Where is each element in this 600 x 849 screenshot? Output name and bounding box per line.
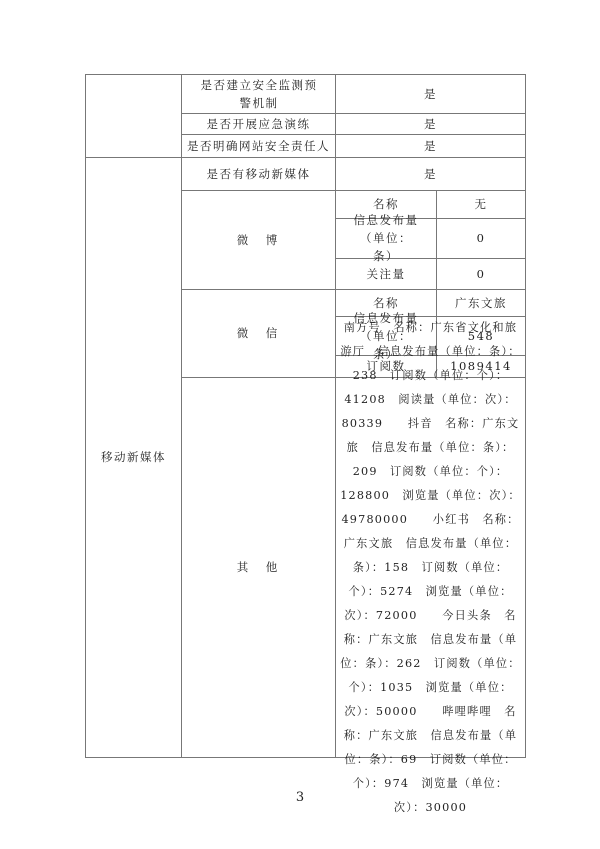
row-value-drill: 是 (336, 113, 525, 134)
row-value-monitoring: 是 (336, 74, 525, 113)
section-label-mobile-media: 移动新媒体 (86, 157, 181, 757)
weixin-label: 微 信 (182, 289, 335, 377)
row-value-responsible: 是 (336, 134, 525, 157)
other-media-label: 其 他 (182, 377, 335, 757)
row-value-has-mobile: 是 (336, 157, 525, 190)
table-border-right (525, 74, 526, 758)
weibo-followers-value: 0 (437, 258, 525, 289)
weixin-name-value: 广东文旅 (437, 289, 525, 316)
weibo-posts-value: 0 (437, 218, 525, 258)
weibo-posts-label: 信息发布量（单位：条） (350, 218, 422, 258)
page-number: 3 (0, 790, 600, 805)
row-label-monitoring: 是否建立安全监测预警机制 (200, 74, 318, 113)
row-label-has-mobile: 是否有移动新媒体 (182, 157, 335, 190)
weibo-name-value: 无 (437, 190, 525, 218)
row-label-drill: 是否开展应急演练 (182, 113, 335, 134)
other-media-details: 南方号 名称：广东省文化和旅游厅 信息发布量（单位：条）：238 订阅数（单位：… (336, 378, 525, 757)
weibo-label: 微 博 (182, 190, 335, 289)
row-label-responsible: 是否明确网站安全责任人 (182, 134, 335, 157)
weibo-followers-label: 关注量 (336, 258, 436, 289)
